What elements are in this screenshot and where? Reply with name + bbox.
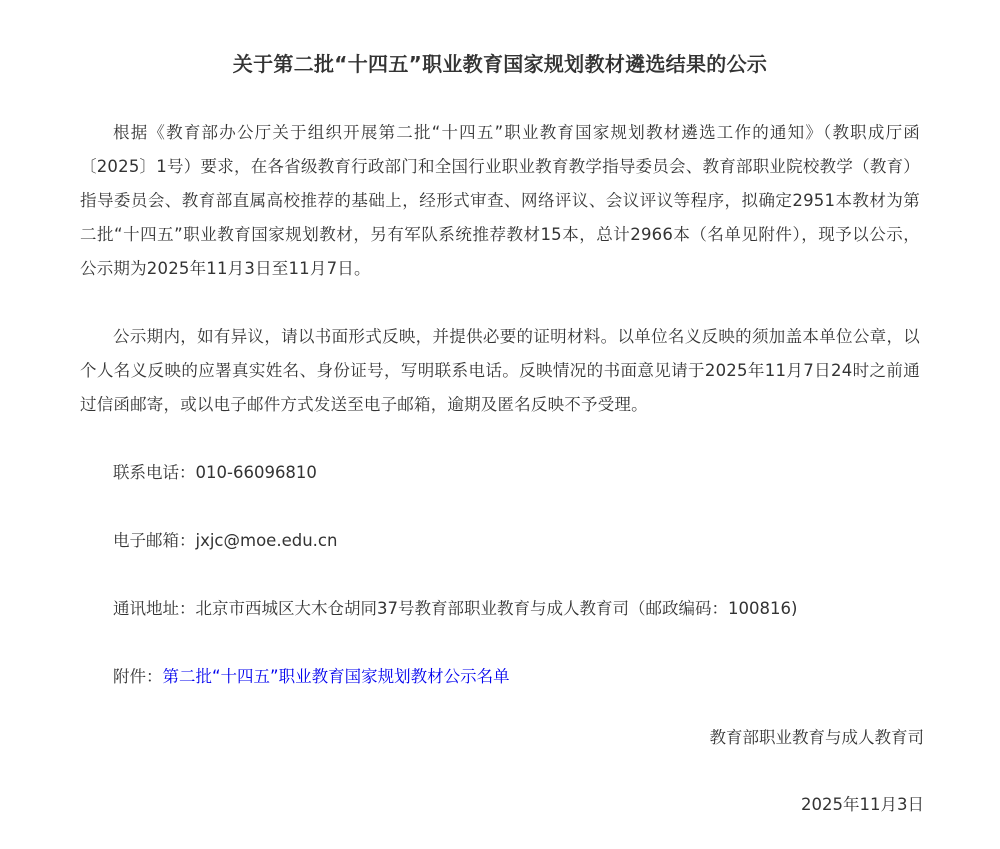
contact-address-line: 通讯地址：北京市西城区大木仓胡同37号教育部职业教育与成人教育司（邮政编码：10… <box>80 592 920 626</box>
email-value: jxjc@moe.edu.cn <box>196 531 338 550</box>
notice-page: 关于第二批“十四五”职业教育国家规划教材遴选结果的公示 根据《教育部办公厅关于组… <box>0 0 1000 849</box>
paragraph-background: 根据《教育部办公厅关于组织开展第二批“十四五”职业教育国家规划教材遴选工作的通知… <box>80 116 920 286</box>
attachment-line: 附件：第二批“十四五”职业教育国家规划教材公示名单 <box>80 660 920 694</box>
contact-email-line: 电子邮箱：jxjc@moe.edu.cn <box>80 524 920 558</box>
attachment-link[interactable]: 第二批“十四五”职业教育国家规划教材公示名单 <box>163 667 510 686</box>
signature-organization: 教育部职业教育与成人教育司 <box>710 721 925 755</box>
address-label: 通讯地址： <box>113 599 196 618</box>
phone-value: 010-66096810 <box>196 463 317 482</box>
paragraph-objection-procedure: 公示期内，如有异议，请以书面形式反映，并提供必要的证明材料。以单位名义反映的须加… <box>80 320 920 422</box>
page-title: 关于第二批“十四五”职业教育国家规划教材遴选结果的公示 <box>0 47 1000 81</box>
phone-label: 联系电话： <box>113 463 196 482</box>
notice-body: 根据《教育部办公厅关于组织开展第二批“十四五”职业教育国家规划教材遴选工作的通知… <box>80 116 920 728</box>
signature-date: 2025年11月3日 <box>801 788 924 822</box>
address-value: 北京市西城区大木仓胡同37号教育部职业教育与成人教育司（邮政编码：100816) <box>196 599 798 618</box>
email-label: 电子邮箱： <box>113 531 196 550</box>
contact-phone-line: 联系电话：010-66096810 <box>80 456 920 490</box>
attachment-label: 附件： <box>113 667 163 686</box>
